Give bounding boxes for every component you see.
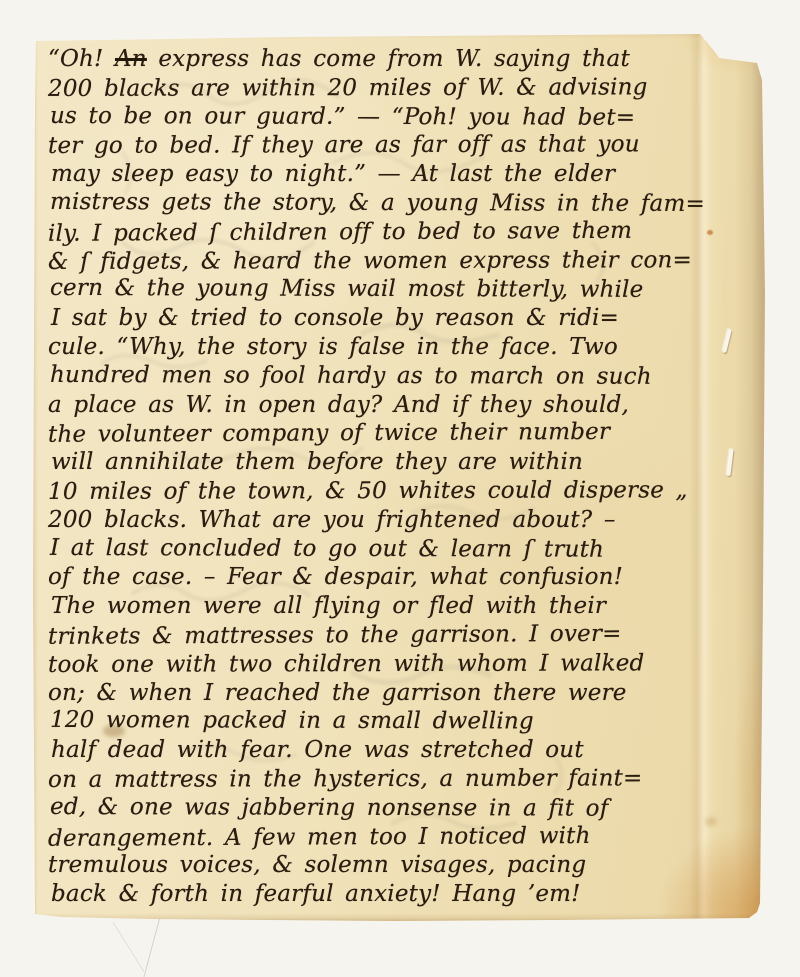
manuscript-line: 120 women packed in a small dwelling xyxy=(50,706,742,737)
manuscript-line: ily. I packed ſ children off to bed to s… xyxy=(48,216,740,248)
manuscript-line: 10 miles of the town, & 50 whites could … xyxy=(48,476,740,507)
manuscript-line: cule. “Why, the story is false in the fa… xyxy=(48,333,740,362)
manuscript-line-text: hundred men so fool hardy as to march on… xyxy=(50,362,652,390)
manuscript-line-text: tremulous voices, & solemn visages, paci… xyxy=(48,852,586,878)
manuscript-line: 200 blacks. What are you frightened abou… xyxy=(48,506,740,535)
manuscript-line-text: cern & the young Miss wail most bitterly… xyxy=(50,275,644,303)
scanned-letter-page: { "document": { "kind": "handwritten man… xyxy=(0,0,800,977)
manuscript-line-text: on; & when I reached the garrison there … xyxy=(48,680,627,706)
manuscript-line: us to be on our guard.” — “Poh! you had … xyxy=(50,102,742,133)
manuscript-line: took one with two children with whom I w… xyxy=(48,649,740,680)
manuscript-line-text: “Oh! xyxy=(48,46,115,72)
manuscript-line: will annihilate them before they are wit… xyxy=(51,448,743,477)
manuscript-line: on; & when I reached the garrison there … xyxy=(48,679,740,708)
manuscript-page: “Oh! An express has come from W. saying … xyxy=(33,33,765,921)
manuscript-line-text: ed, & one was jabbering nonsense in a fi… xyxy=(50,794,609,822)
manuscript-line-text: ter go to bed. If they are as far off as… xyxy=(48,132,640,160)
manuscript-line-text: on a mattress in the hysterics, a number… xyxy=(48,765,643,793)
manuscript-line: mistress gets the story, & a young Miss … xyxy=(50,188,742,219)
manuscript-line-text: I at last concluded to go out & learn ſ … xyxy=(50,534,604,562)
manuscript-line-text: 120 women packed in a small dwelling xyxy=(50,707,534,735)
manuscript-line-text: cule. “Why, the story is false in the fa… xyxy=(48,334,618,360)
manuscript-line-text: 200 blacks. What are you frightened abou… xyxy=(48,507,616,533)
manuscript-line: I at last concluded to go out & learn ſ … xyxy=(50,533,742,564)
manuscript-line-text: ily. I packed ſ children off to bed to s… xyxy=(48,218,632,247)
manuscript-line-text: us to be on our guard.” — “Poh! you had … xyxy=(50,103,635,131)
manuscript-line: on a mattress in the hysterics, a number… xyxy=(48,764,740,795)
manuscript-line-text: will annihilate them before they are wit… xyxy=(51,449,583,475)
manuscript-line: 200 blacks are within 20 miles of W. & a… xyxy=(48,73,740,104)
manuscript-line: ed, & one was jabbering nonsense in a fi… xyxy=(50,793,742,824)
manuscript-line: of the case. – Fear & despair, what conf… xyxy=(48,563,740,592)
manuscript-line-text: may sleep easy to night.” — At last the … xyxy=(51,161,615,187)
manuscript-line: the volunteer company of twice their num… xyxy=(48,418,740,450)
scan-scratch xyxy=(143,913,161,977)
manuscript-line-text: mistress gets the story, & a young Miss … xyxy=(50,189,705,217)
manuscript-line: & ſ fidgets, & heard the women express t… xyxy=(48,246,740,277)
manuscript-line: half dead with fear. One was stretched o… xyxy=(51,736,743,765)
manuscript-line: back & forth in fearful anxiety! Hang ’e… xyxy=(51,880,743,909)
manuscript-line: cern & the young Miss wail most bitterly… xyxy=(50,274,742,305)
manuscript-line-text: took one with two children with whom I w… xyxy=(48,650,645,678)
manuscript-line: hundred men so fool hardy as to march on… xyxy=(50,361,742,392)
manuscript-line-text: the volunteer company of twice their num… xyxy=(48,419,610,448)
manuscript-text: “Oh! An express has come from W. saying … xyxy=(48,45,740,909)
scan-scratch xyxy=(113,922,145,972)
manuscript-line-text: half dead with fear. One was stretched o… xyxy=(51,737,584,763)
manuscript-line: trinkets & mattresses to the garrison. I… xyxy=(48,619,740,651)
manuscript-line: The women were all flying or fled with t… xyxy=(51,592,743,621)
manuscript-line-text: & ſ fidgets, & heard the women express t… xyxy=(48,247,692,275)
manuscript-line: a place as W. in open day? And if they s… xyxy=(48,391,740,420)
manuscript-line: ter go to bed. If they are as far off as… xyxy=(48,130,740,161)
manuscript-line-text: derangement. A few men too I noticed wit… xyxy=(48,822,591,851)
manuscript-line-text: a place as W. in open day? And if they s… xyxy=(48,392,629,418)
manuscript-line-text: trinkets & mattresses to the garrison. I… xyxy=(48,621,622,650)
manuscript-line: I sat by & tried to console by reason & … xyxy=(51,304,743,333)
manuscript-line-text: express has come from W. saying that xyxy=(147,46,630,72)
manuscript-line-text: 10 miles of the town, & 50 whites could … xyxy=(48,477,688,505)
manuscript-line: may sleep easy to night.” — At last the … xyxy=(51,160,743,189)
manuscript-line-text: The women were all flying or fled with t… xyxy=(51,593,606,619)
manuscript-line-text: back & forth in fearful anxiety! Hang ’e… xyxy=(51,881,581,907)
manuscript-line: derangement. A few men too I noticed wit… xyxy=(48,821,740,853)
manuscript-line-text: I sat by & tried to console by reason & … xyxy=(51,305,619,331)
manuscript-line: “Oh! An express has come from W. saying … xyxy=(48,45,740,74)
manuscript-line: tremulous voices, & solemn visages, paci… xyxy=(48,851,740,880)
manuscript-line-text: 200 blacks are within 20 miles of W. & a… xyxy=(48,74,648,102)
manuscript-line-text: of the case. – Fear & despair, what conf… xyxy=(48,564,623,590)
struck-word: An xyxy=(115,46,147,72)
